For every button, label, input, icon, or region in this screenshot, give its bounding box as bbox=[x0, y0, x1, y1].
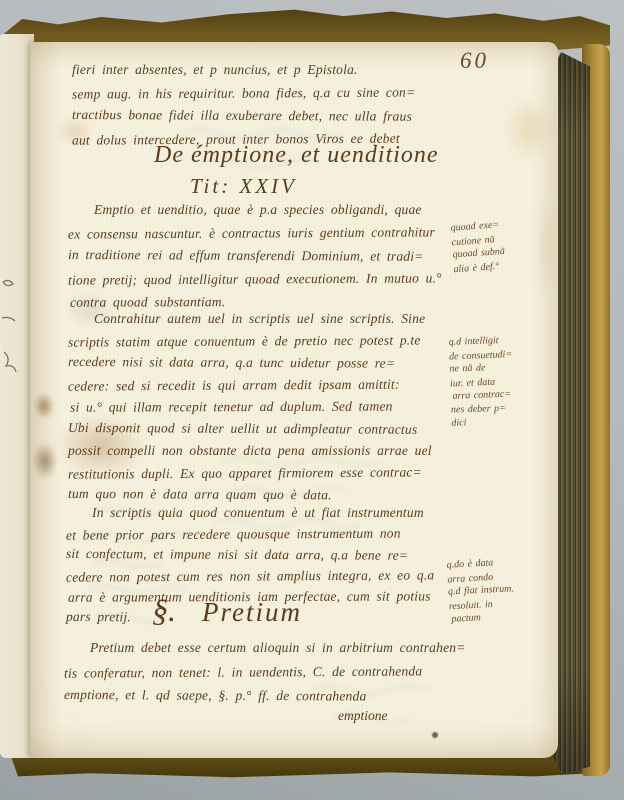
manuscript-line: In scriptis quia quod conuentum è ut fia… bbox=[66, 502, 468, 523]
book-scan: 60 fieri inter absentes, et p nuncius, e… bbox=[0, 0, 624, 800]
manuscript-line: Contrahitur autem uel in scriptis uel si… bbox=[68, 308, 470, 330]
manuscript-line: sit confectum, et impune nisi sit data a… bbox=[66, 543, 468, 566]
manuscript-line: tis conferatur, non tenet: l. in uendent… bbox=[64, 659, 466, 685]
section-title: De émptione, et uenditione bbox=[154, 142, 439, 169]
section-subtitle: Tit: XXIV bbox=[190, 174, 297, 199]
manuscript-line: cedere non potest cum res non sit ampliu… bbox=[66, 564, 468, 587]
manuscript-line: scriptis statim atque conuentum è de pre… bbox=[68, 329, 470, 353]
manuscript-line: ex consensu nascuntur. è contractus iuri… bbox=[68, 220, 470, 245]
section-mark: §. bbox=[152, 592, 176, 628]
manuscript-line: cedere: sed si recedit is qui arram dedi… bbox=[68, 373, 470, 397]
manuscript-line: si u.° qui illam recepit tenetur ad dupl… bbox=[70, 395, 472, 418]
manuscript-page: 60 fieri inter absentes, et p nuncius, e… bbox=[30, 42, 558, 758]
paragraph-contrahitur: Contrahitur autem uel in scriptis uel si… bbox=[68, 308, 470, 506]
manuscript-line: Pretium debet esse certum alioquin si in… bbox=[64, 636, 466, 660]
continuation-text: fieri inter absentes, et p nuncius, et p… bbox=[72, 58, 472, 150]
manuscript-line: Ubi disponit quod si alter uellit ut adi… bbox=[68, 417, 470, 441]
margin-note-quoad-executione: quoad exe=cutione nāquoad subnāalia è de… bbox=[450, 214, 558, 275]
manuscript-line: in traditione rei ad effum transferendi … bbox=[68, 243, 470, 268]
manuscript-line: nes deber p= bbox=[451, 400, 555, 417]
catchword: emptione bbox=[338, 708, 388, 724]
facing-page-strip bbox=[0, 34, 34, 758]
facing-page-ink-marks bbox=[0, 274, 22, 444]
pretium-heading-word: Pretium bbox=[202, 597, 302, 627]
margin-note-de-consuetudine: q.d intelligitde consuetudi=ne nā deiur.… bbox=[448, 332, 555, 430]
pretium-heading: §.Pretium bbox=[152, 592, 302, 629]
manuscript-line: possit compelli non obstante dicta pena … bbox=[68, 440, 470, 462]
manuscript-line: recedere nisi sit data arra, q.a tunc ui… bbox=[68, 351, 470, 375]
manuscript-line: restitutionis dupli. Ex quo apparet firm… bbox=[68, 461, 470, 485]
margin-note-arra-pactum: q.do è dataarra condoq.d fiat instrum.re… bbox=[446, 553, 553, 626]
manuscript-line: fieri inter absentes, et p nuncius, et p… bbox=[72, 58, 472, 81]
manuscript-line: et bene prior pars recedere quousque ins… bbox=[66, 522, 468, 545]
paragraph-pretium: Pretium debet esse certum alioquin si in… bbox=[64, 636, 466, 708]
manuscript-line: tione pretij; quod intelligitur quoad ex… bbox=[68, 266, 470, 291]
manuscript-line: semp aug. in his requiritur. bona fides,… bbox=[72, 80, 472, 105]
manuscript-line: tractibus bonae fidei illa exuberare deb… bbox=[72, 103, 472, 128]
manuscript-line: emptione, et l. qd saepe, §. p.° ff. de … bbox=[64, 683, 466, 709]
paragraph-emptio-definition: Emptio et uenditio, quae è p.a species o… bbox=[68, 198, 470, 313]
manuscript-line: Emptio et uenditio, quae è p.a species o… bbox=[68, 198, 470, 221]
